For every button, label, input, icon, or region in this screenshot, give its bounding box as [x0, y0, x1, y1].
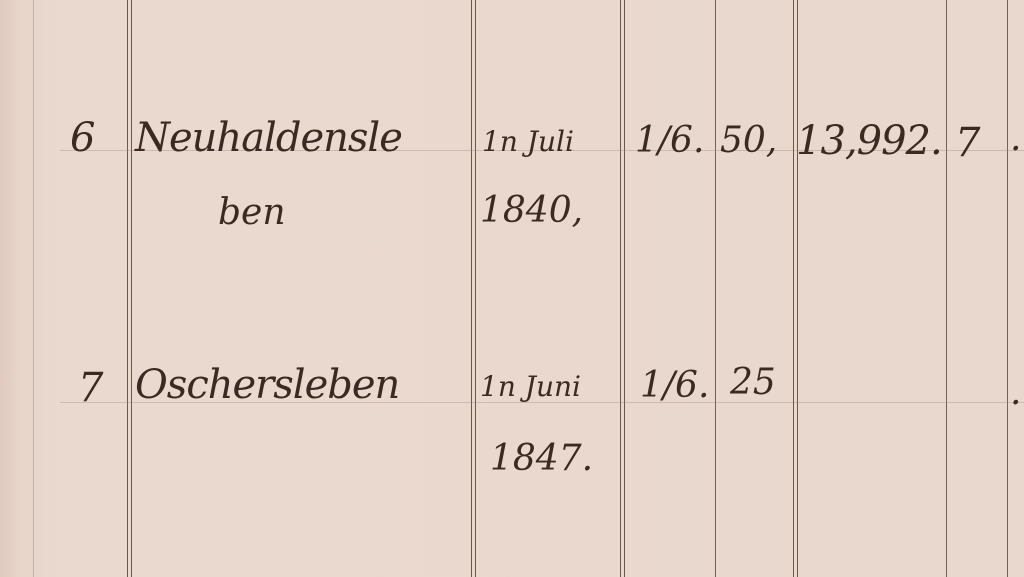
date: 1n Juni: [480, 370, 581, 403]
row-number: 7: [78, 365, 102, 411]
mark: .: [1010, 118, 1021, 159]
column-rule: [471, 0, 476, 577]
margin-rule: [33, 0, 34, 577]
place-name: Oschersleben: [135, 362, 399, 408]
year: 1847.: [490, 438, 593, 479]
mark: .: [1010, 372, 1021, 413]
row-number: 6: [70, 115, 94, 161]
share: 25: [730, 362, 776, 403]
share: 50,: [720, 120, 777, 161]
date: 1n Juli: [482, 125, 574, 158]
column-rule: [127, 0, 132, 577]
year: 1840,: [480, 190, 583, 231]
place-name: Neuhaldensle: [135, 115, 402, 161]
fraction: 1/6.: [640, 365, 709, 406]
amount: 13,992.: [796, 118, 942, 164]
column-rule: [793, 0, 798, 577]
ledger-page: 6 Neuhaldensle ben 1n Juli 1840, 1/6. 50…: [0, 0, 1024, 577]
column-rule: [1007, 0, 1008, 577]
column-rule: [715, 0, 716, 577]
extra: 7: [955, 120, 979, 166]
column-rule: [620, 0, 625, 577]
place-name-cont: ben: [218, 192, 286, 233]
column-rule: [946, 0, 947, 577]
fraction: 1/6.: [635, 120, 704, 161]
